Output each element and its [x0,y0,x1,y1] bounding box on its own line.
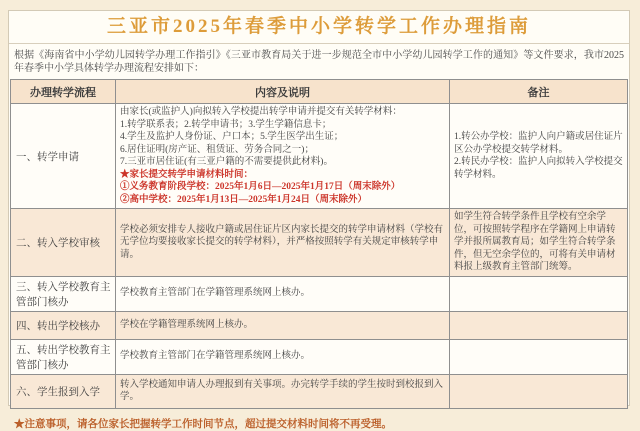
table-row: 五、转出学校教育主管部门核办 学校教育主管部门在学籍管理系统网上核办。 [11,339,628,374]
table-row: 一、转学申请 由家长(或监护人)向拟转入学校提出转学申请并提交有关转学材料： 1… [11,104,628,209]
remark-cell [450,339,628,374]
remark-line: 2.转民办学校：监护人向拟转入学校提交转学材料。 [454,156,623,181]
table-row: 六、学生报到入学 转入学校通知申请人办理报到有关事项。办完转学手续的学生按时到校… [11,374,628,408]
content-cell: 学校教育主管部门在学籍管理系统网上核办。 [116,276,450,311]
content-cell: 学校教育主管部门在学籍管理系统网上核办。 [116,339,450,374]
content-line: 由家长(或监护人)向拟转入学校提出转学申请并提交有关转学材料： [120,106,445,119]
highlight-line: ★家长提交转学申请材料时间： [120,169,445,182]
content-cell: 学校必须安排专人接收户籍或居住证片区内家长提交的转学申请材料（学校有无学位均要接… [116,209,450,277]
highlight-line: ②高中学校：2025年1月13日—2025年1月24日（周末除外） [120,194,445,207]
content-line: 4.学生及监护人身份证、户口本；5.学生医学出生证； [120,131,445,144]
header-process: 办理转学流程 [11,80,116,104]
table-row: 二、转入学校审核 学校必须安排专人接收户籍或居住证片区内家长提交的转学申请材料（… [11,209,628,277]
header-remark: 备注 [450,80,628,104]
table-row: 四、转出学校核办 学校在学籍管理系统网上核办。 [11,311,628,339]
document-card: 三亚市2025年春季中小学转学工作办理指南 根据《海南省中小学幼儿园转学办理工作… [8,10,630,406]
table-row: 三、转入学校教育主管部门核办 学校教育主管部门在学籍管理系统网上核办。 [11,276,628,311]
step-label: 二、转入学校审核 [11,209,116,277]
content-cell: 学校在学籍管理系统网上核办。 [116,311,450,339]
remark-cell [450,311,628,339]
remark-cell [450,374,628,408]
content-line: 7.三亚市居住证(有三亚户籍的不需要提供此材料)。 [120,156,445,169]
content-line: 1.转学联系表；2.转学申请书；3.学生学籍信息卡； [120,119,445,132]
step-label: 五、转出学校教育主管部门核办 [11,339,116,374]
content-cell: 由家长(或监护人)向拟转入学校提出转学申请并提交有关转学材料： 1.转学联系表；… [116,104,450,209]
highlight-line: ①义务教育阶段学校：2025年1月6日—2025年1月17日（周末除外） [120,181,445,194]
page-title: 三亚市2025年春季中小学转学工作办理指南 [9,11,629,44]
step-label: 六、学生报到入学 [11,374,116,408]
step-label: 三、转入学校教育主管部门核办 [11,276,116,311]
content-cell: 转入学校通知申请人办理报到有关事项。办完转学手续的学生按时到校报到入学。 [116,374,450,408]
transfer-process-table: 办理转学流程 内容及说明 备注 一、转学申请 由家长(或监护人)向拟转入学校提出… [10,79,628,409]
notice-text: ★注意事项，请各位家长把握转学工作时间节点，超过提交材料时间将不再受理。 [9,409,629,417]
remark-cell: 如学生符合转学条件且学校有空余学位，可按照转学程序在学籍网上申请转学并报所属教育… [450,209,628,277]
table-header-row: 办理转学流程 内容及说明 备注 [11,80,628,104]
header-content: 内容及说明 [116,80,450,104]
remark-line: 1.转公办学校：监护人向户籍或居住证片区公办学校提交转学材料。 [454,131,623,156]
content-line: 6.居住证明(房产证、租赁证、劳务合同之一)； [120,144,445,157]
step-label: 四、转出学校核办 [11,311,116,339]
step-label: 一、转学申请 [11,104,116,209]
remark-cell [450,276,628,311]
remark-cell: 1.转公办学校：监护人向户籍或居住证片区公办学校提交转学材料。 2.转民办学校：… [450,104,628,209]
intro-text: 根据《海南省中小学幼儿园转学办理工作指引》《三亚市教育局关于进一步规范全市中小学… [9,44,629,78]
